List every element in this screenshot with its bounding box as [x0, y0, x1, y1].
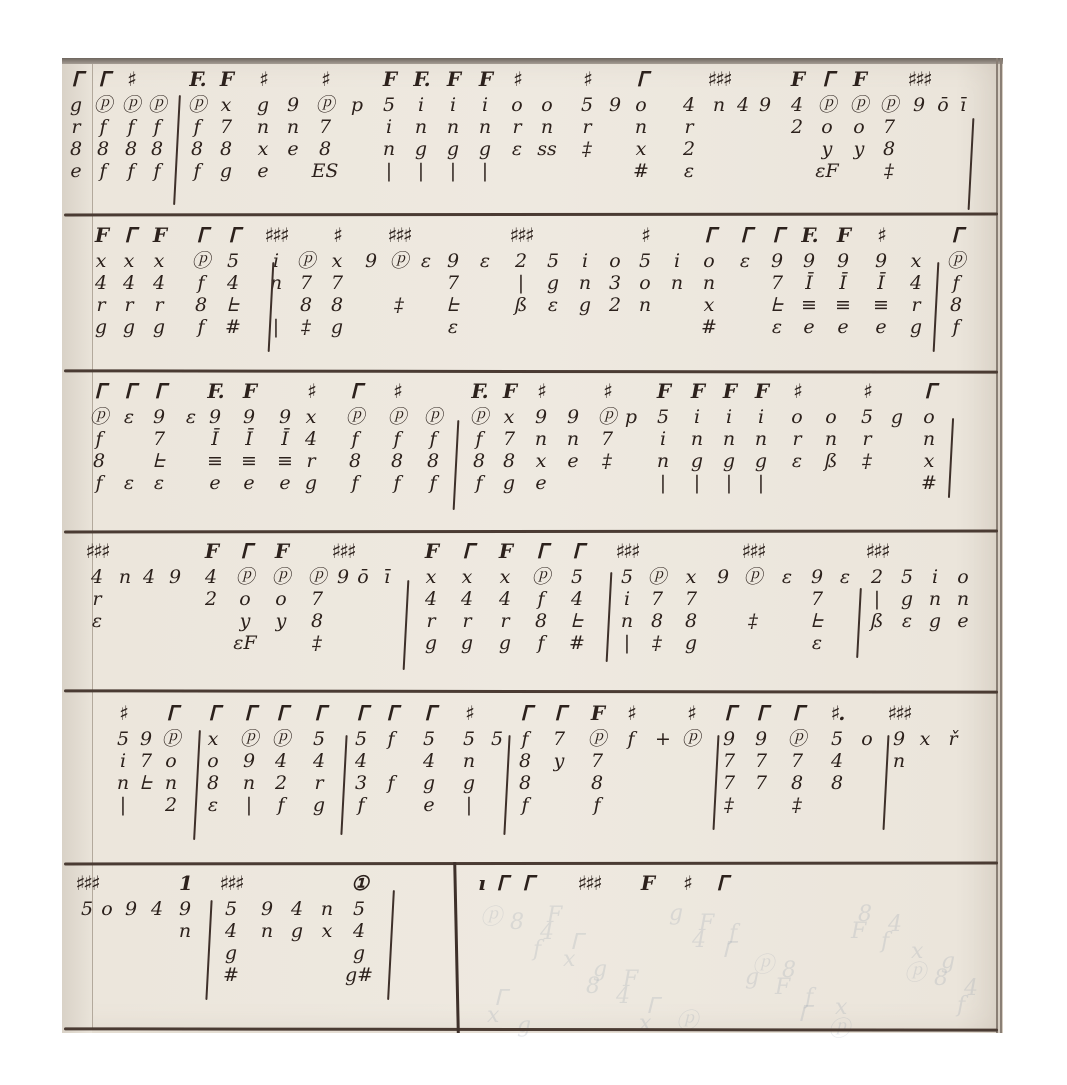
tablature-letter: # — [701, 316, 717, 338]
tablature-letter: e — [837, 316, 848, 338]
tablature-letter: 7 — [153, 428, 165, 450]
rhythm-sign: ᒥ — [208, 698, 217, 728]
tablature-letter: f — [357, 794, 364, 816]
rhythm-sign: F — [243, 376, 255, 406]
tablature-letter: 4 — [353, 920, 365, 942]
tablature-column: ᒥⓟoyεF — [232, 536, 258, 654]
tablature-letter: f — [193, 116, 200, 138]
rhythm-sign: ♯ — [393, 376, 401, 406]
tablature-letter: f — [429, 472, 436, 494]
tablature-letter: 7 — [755, 772, 767, 794]
tablature-letter: e — [423, 794, 434, 816]
tablature-column: ᒥⓟ78‡ — [784, 698, 810, 816]
rhythm-sign: ᒥ — [124, 220, 133, 250]
tablature-letter: p — [625, 406, 637, 428]
tablature-letter: ⓟ — [787, 728, 806, 750]
rhythm-sign: ♯ — [127, 64, 135, 94]
tablature-letter: ε — [772, 316, 782, 338]
bleed-through-mark: ⓟ — [752, 948, 774, 979]
tablature-letter: 9 — [365, 250, 377, 272]
tablature-letter: i — [386, 116, 392, 138]
tablature-letter: 8 — [151, 138, 163, 160]
tablature-letter: 4 — [291, 898, 303, 920]
tablature-letter: f — [475, 428, 482, 450]
bleed-through-mark: f — [805, 985, 813, 1010]
tablature-letter: ‡ — [884, 160, 894, 182]
tablature-letter: 5 — [901, 566, 913, 588]
tablature-letter: ε — [812, 632, 822, 654]
tablature-letter: | — [758, 472, 764, 494]
tablature-letter: p — [351, 94, 363, 116]
tablature-column: + — [650, 698, 676, 816]
tablature-column: ⓟ78‡ — [304, 536, 330, 654]
tablature-letter: g — [313, 794, 325, 816]
rhythm-sign: ♯ — [877, 220, 885, 250]
tablature-letter: ‡ — [582, 138, 592, 160]
rhythm-sign: ᒥ — [520, 698, 529, 728]
tablature-letter: ⓟ — [315, 94, 334, 116]
rhythm-sign: ♯♯♯ — [615, 536, 638, 566]
tablature-column: ⓟf8f — [420, 376, 446, 494]
tablature-letter: n — [415, 116, 427, 138]
tablature-letter: ‡ — [394, 294, 404, 316]
tablature-column: ᒥxo8ε — [200, 698, 226, 816]
rhythm-sign: ᒥ — [166, 698, 175, 728]
rhythm-sign: F — [95, 220, 107, 250]
tablature-letter: g — [331, 316, 343, 338]
tablature-letter: n — [639, 294, 651, 316]
tablature-letter: ε — [902, 610, 912, 632]
tablature-letter: ⓟ — [389, 250, 408, 272]
tablature-letter: ⓟ — [296, 250, 315, 272]
tablature-letter: | — [273, 316, 279, 338]
tablature-letter: ⓟ — [531, 566, 550, 588]
tablature-letter: # — [223, 964, 239, 986]
tablature-letter: 9 — [169, 566, 181, 588]
tablature-letter: r — [96, 294, 105, 316]
rhythm-sign: ① — [351, 868, 367, 898]
tablature-letter: r — [911, 294, 920, 316]
tablature-letter: + — [655, 728, 671, 750]
tablature-column: ᒥⓟf8f — [86, 376, 112, 494]
tablature-letter: 9 — [759, 94, 771, 116]
tablature-letter: n — [713, 94, 725, 116]
tablature-letter: ⓟ — [647, 566, 666, 588]
tablature-letter: f — [627, 728, 634, 750]
tablature-column: ♯♯♯ⓟ‡ — [386, 220, 412, 338]
tablature-letter: ≡ — [241, 450, 257, 472]
tablature-letter: x — [704, 294, 715, 316]
tablature-letter: | — [120, 794, 126, 816]
tablature-letter: f — [99, 160, 106, 182]
tablature-letter: 8 — [207, 772, 219, 794]
rhythm-sign: ♯ — [307, 376, 315, 406]
tablature-column: g — [884, 376, 910, 494]
tablature-letter: 4 — [305, 428, 317, 450]
tablature-letter: ε — [480, 250, 490, 272]
tablature-letter: n — [703, 272, 715, 294]
tablature-letter: 4 — [313, 750, 325, 772]
rhythm-sign: F — [691, 376, 703, 406]
tablature-letter: o — [861, 728, 872, 750]
tablature-column: ⓟ78‡ — [644, 536, 670, 654]
tablature-letter: 5 — [491, 728, 503, 750]
tablature-column: F42 — [784, 64, 810, 182]
tablature-letter: 8 — [591, 772, 603, 794]
tablature-letter: x — [306, 406, 317, 428]
tablature-column: 9 — [358, 220, 384, 338]
tablature-letter: g — [499, 632, 511, 654]
tablature-letter: 7 — [331, 272, 343, 294]
tablature-column: Fⓟoy — [846, 64, 872, 182]
rhythm-sign: F. — [471, 376, 486, 406]
tablature-letter: f — [393, 472, 400, 494]
tablature-letter: 2 — [871, 566, 883, 588]
tablature-letter: 5 — [225, 898, 237, 920]
tablature-letter: 7 — [791, 750, 803, 772]
rhythm-sign: ♯♯♯ — [887, 698, 910, 728]
tablature-letter: n — [671, 272, 683, 294]
tablature-column: 5gε — [540, 220, 566, 338]
tablature-letter: 8 — [950, 294, 962, 316]
tablature-column: Fx4rg — [492, 536, 518, 654]
rhythm-sign: ᒥ — [724, 698, 733, 728]
tablature-column: ⓟ78‡ — [293, 220, 319, 338]
tablature-letter: 7 — [685, 588, 697, 610]
rhythm-sign: ᒥ — [554, 698, 563, 728]
tablature-column: 5gε — [894, 536, 920, 654]
tablature-letter: ⓟ — [93, 94, 112, 116]
tablature-column: ᒥ7y — [546, 698, 572, 816]
tablature-column: ᒥf88f — [512, 698, 538, 816]
tablature-letter: o — [207, 750, 218, 772]
tablature-letter: Ī — [245, 428, 253, 450]
tablature-letter: 7 — [319, 116, 331, 138]
rhythm-sign: ᒥ — [536, 536, 545, 566]
tablature-letter: 7 — [883, 116, 895, 138]
tablature-column: 4r2ε — [676, 64, 702, 182]
tablature-letter: 7 — [220, 116, 232, 138]
tablature-letter: x — [911, 250, 922, 272]
tablature-letter: x — [258, 138, 269, 160]
tablature-letter: 9 — [179, 898, 191, 920]
tablature-letter: 4 — [571, 588, 583, 610]
rhythm-sign: ᒥ — [462, 536, 471, 566]
tablature-letter: 9 — [140, 728, 152, 750]
tablature-letter: n — [535, 428, 547, 450]
tablature-letter: ⓟ — [423, 406, 442, 428]
tablature-letter: ‡ — [301, 316, 311, 338]
tablature-letter: 5 — [355, 728, 367, 750]
tablature-letter: f — [387, 772, 394, 794]
rhythm-sign: ♯ — [603, 376, 611, 406]
tablature-letter: 4 — [910, 272, 922, 294]
tablature-column: 9 — [602, 64, 628, 182]
tablature-letter: εF — [815, 160, 838, 182]
tablature-letter: f — [393, 428, 400, 450]
rhythm-sign: F — [503, 376, 515, 406]
rhythm-sign: F. — [207, 376, 222, 406]
tablature-letter: i — [660, 428, 666, 450]
bleed-through-mark: ᒥ — [494, 986, 506, 1011]
tablature-column: ᒥ97ᖶε — [146, 376, 172, 494]
tablature-column: 4 — [136, 536, 162, 654]
tablature-letter: ⓟ — [469, 406, 488, 428]
tablature-column: 9 — [162, 536, 188, 654]
tablature-letter: r — [582, 116, 591, 138]
tablature-letter: 9 — [261, 898, 273, 920]
tablature-column: ᒥ977 — [748, 698, 774, 816]
tablature-column: ♯orε — [504, 64, 530, 182]
tablature-letter: 9 — [243, 406, 255, 428]
bleed-through-mark: 4 — [964, 976, 978, 1001]
tablature-column: Fing| — [716, 376, 742, 494]
tablature-letter: n — [657, 450, 669, 472]
tablature-letter: Ī — [211, 428, 219, 450]
tablature-letter: ε — [92, 610, 102, 632]
tablature-letter: n — [463, 750, 475, 772]
tablature-letter: ‡ — [652, 632, 662, 654]
tablature-column: F.ing| — [408, 64, 434, 182]
tablature-letter: ⓟ — [89, 406, 108, 428]
tablature-letter: | — [624, 632, 630, 654]
tablature-letter: ᖶ — [153, 450, 164, 472]
tablature-letter: ES — [312, 160, 339, 182]
tablature-letter: g — [425, 632, 437, 654]
tablature-letter: n — [383, 138, 395, 160]
tablature-letter: 5 — [621, 566, 633, 588]
tablature-letter: x — [462, 566, 473, 588]
tablature-letter: r — [306, 450, 315, 472]
tablature-letter: f — [153, 116, 160, 138]
tablature-letter: | — [482, 160, 488, 182]
tablature-letter: 9 — [337, 566, 349, 588]
rhythm-sign: F — [425, 536, 437, 566]
tablature-letter: n — [179, 920, 191, 942]
tablature-letter: 8 — [535, 610, 547, 632]
tablature-letter: g — [503, 472, 515, 494]
tablature-letter: 5 — [353, 898, 365, 920]
rhythm-sign: ♯♯♯ — [577, 868, 600, 898]
tablature-column: ᒥ54ᖶ# — [564, 536, 590, 654]
tablature-letter: o — [635, 94, 646, 116]
tablature-letter: 5 — [639, 250, 651, 272]
tablature-letter: ⓟ — [946, 250, 965, 272]
tablature-letter: 2 — [165, 794, 177, 816]
tablature-column: ᒥonx# — [628, 64, 654, 182]
tablature-letter: ε — [740, 250, 750, 272]
tablature-letter: # — [921, 472, 937, 494]
tablature-column: F.9Ī≡e — [202, 376, 228, 494]
tablature-column: 9n — [254, 868, 280, 986]
rhythm-sign: ᒥ — [124, 376, 133, 406]
tablature-column: F — [634, 868, 660, 986]
tablature-column: ᒥx4rg — [454, 536, 480, 654]
tablature-letter: e — [875, 316, 886, 338]
rhythm-sign: ᒥ — [951, 220, 960, 250]
tablature-column: F.9Ī≡e — [796, 220, 822, 338]
tablature-column: 97ᖶε — [440, 220, 466, 338]
tablature-letter: ō — [357, 566, 368, 588]
tablature-column: ♯.548 — [824, 698, 850, 816]
tablature-letter: | — [874, 588, 880, 610]
tablature-letter: 5 — [227, 250, 239, 272]
tablature-column: ᒥ543f — [348, 698, 374, 816]
tablature-column: ᒥ977‡ — [716, 698, 742, 816]
tablature-column: ᒥonx# — [696, 220, 722, 338]
tablature-column: ♯gnxe — [250, 64, 276, 182]
tablature-letter: 5 — [657, 406, 669, 428]
tablature-column: ♯ⓟf8f — [384, 376, 410, 494]
tablature-letter: f — [387, 728, 394, 750]
tablature-letter: i — [726, 406, 732, 428]
tablature-letter: | — [450, 160, 456, 182]
bleed-through-mark: 4 — [888, 912, 902, 937]
tablature-letter: 8 — [125, 138, 137, 160]
tablature-letter: 7 — [591, 750, 603, 772]
tablature-letter: ß — [825, 450, 838, 472]
tablature-column: 9ne — [280, 64, 306, 182]
tablature-letter: x — [536, 450, 547, 472]
tablature-letter: i — [450, 94, 456, 116]
tablature-column: ♯ — [674, 868, 700, 986]
tablature-column: ♯♯♯2|ß — [508, 220, 534, 338]
rhythm-sign: F. — [801, 220, 816, 250]
tablature-letter: 4 — [831, 750, 843, 772]
rhythm-sign: ᒥ — [386, 698, 395, 728]
tablature-letter: g — [691, 450, 703, 472]
tablature-letter: f — [99, 116, 106, 138]
tablature-letter: ε — [421, 250, 431, 272]
tablature-letter: x — [96, 250, 107, 272]
tablature-column: ε — [774, 536, 800, 654]
tablature-letter: ⓟ — [161, 728, 180, 750]
tablature-letter: 9 — [535, 406, 547, 428]
rhythm-sign: ♯ — [259, 64, 267, 94]
tablature-letter: ⓟ — [271, 728, 290, 750]
tablature-letter: f — [277, 794, 284, 816]
tablature-column: Fx4rg — [88, 220, 114, 338]
tablature-column: ī — [374, 536, 400, 654]
tablature-column: ♯5ng| — [456, 698, 482, 816]
tablature-column: ᒥonx# — [916, 376, 942, 494]
tablature-column: ♯♯♯4rε — [84, 536, 110, 654]
tablature-letter: 7 — [311, 588, 323, 610]
tablature-letter: f — [153, 160, 160, 182]
tablature-column: ⓟ78‡ — [876, 64, 902, 182]
tablature-column: Fx4rg — [146, 220, 172, 338]
tablature-letter: ‡ — [792, 794, 802, 816]
tablature-letter: x — [924, 450, 935, 472]
tablature-column: F9Ī≡e — [830, 220, 856, 338]
rhythm-sign: F — [479, 64, 491, 94]
tablature-letter: Ī — [877, 272, 885, 294]
tablature-letter: 8 — [349, 450, 361, 472]
tablature-column: x78g — [678, 536, 704, 654]
tablature-letter: x — [208, 728, 219, 750]
tablature-letter: f — [952, 316, 959, 338]
tablature-letter: 7 — [140, 750, 152, 772]
tablature-letter: g — [305, 472, 317, 494]
tablature-letter: g — [257, 94, 269, 116]
bleed-through-mark: x — [835, 995, 847, 1020]
tablature-letter: n — [261, 920, 273, 942]
tablature-letter: 4 — [461, 588, 473, 610]
tablature-letter: f — [475, 472, 482, 494]
tablature-letter: 4 — [683, 94, 695, 116]
tablature-letter: n — [825, 428, 837, 450]
tablature-letter: 8 — [391, 450, 403, 472]
tablature-letter: 2 — [683, 138, 695, 160]
tablature-letter: Ī — [839, 272, 847, 294]
rhythm-sign: ᒥ — [276, 698, 285, 728]
tablature-letter: n — [117, 772, 129, 794]
tablature-letter: n — [957, 588, 969, 610]
tablature-letter: 9 — [609, 94, 621, 116]
rhythm-sign: ı — [478, 868, 484, 898]
tablature-letter: n — [893, 750, 905, 772]
rhythm-sign: ♯ — [687, 698, 695, 728]
tablature-letter: 7 — [811, 588, 823, 610]
tablature-letter: f — [95, 472, 102, 494]
tablature-letter: y — [554, 750, 565, 772]
tablature-letter: ᖶ — [771, 294, 782, 316]
tablature-letter: ō — [937, 94, 948, 116]
tablature-column: x4rg — [903, 220, 929, 338]
tablature-letter: ⓟ — [345, 406, 364, 428]
tablature-letter: n — [447, 116, 459, 138]
rhythm-sign: ᒥ — [924, 376, 933, 406]
tablature-letter: o — [703, 250, 714, 272]
tablature-column: Fing| — [440, 64, 466, 182]
tablature-column: Fx4rg — [418, 536, 444, 654]
tablature-letter: f — [351, 428, 358, 450]
rhythm-sign: ♯ — [321, 64, 329, 94]
tablature-column: ε — [472, 220, 498, 338]
tablature-letter: i — [932, 566, 938, 588]
tablature-letter: r — [314, 772, 323, 794]
tablature-letter: 9 — [771, 250, 783, 272]
tablature-column: ♯♯♯2|ß — [864, 536, 890, 654]
tablature-letter: | — [386, 160, 392, 182]
tablature-letter: ⓟ — [743, 566, 762, 588]
tablature-column: onß — [818, 376, 844, 494]
tablature-column: ᒥ54ge — [416, 698, 442, 816]
tablature-letter: r — [862, 428, 871, 450]
rhythm-sign: ᒥ — [94, 376, 103, 406]
tablature-column: ᒥε — [732, 220, 758, 338]
rhythm-sign: ♯. — [831, 698, 844, 728]
rhythm-sign: F — [220, 64, 232, 94]
tablature-letter: 9 — [893, 728, 905, 750]
tablature-letter: f — [197, 316, 204, 338]
tablature-letter: ī — [960, 94, 966, 116]
tablature-letter: n — [243, 772, 255, 794]
rhythm-sign: ♯ — [333, 220, 341, 250]
tablature-letter: ⓟ — [597, 406, 616, 428]
tablature-column: ♯9Ī≡e — [868, 220, 894, 338]
tablature-letter: 7 — [300, 272, 312, 294]
rhythm-sign: ᒥ — [98, 64, 107, 94]
tablature-column: ᒥ54ᖶ# — [220, 220, 246, 338]
tablature-column: ♯5on — [632, 220, 658, 338]
page-stack-edge — [996, 58, 998, 1033]
tablature-letter: ε — [208, 794, 218, 816]
tablature-letter: f — [351, 472, 358, 494]
tablature-letter: ≡ — [873, 294, 889, 316]
tablature-letter: o — [101, 898, 112, 920]
tablature-column: ᒥgr8e — [63, 64, 89, 182]
